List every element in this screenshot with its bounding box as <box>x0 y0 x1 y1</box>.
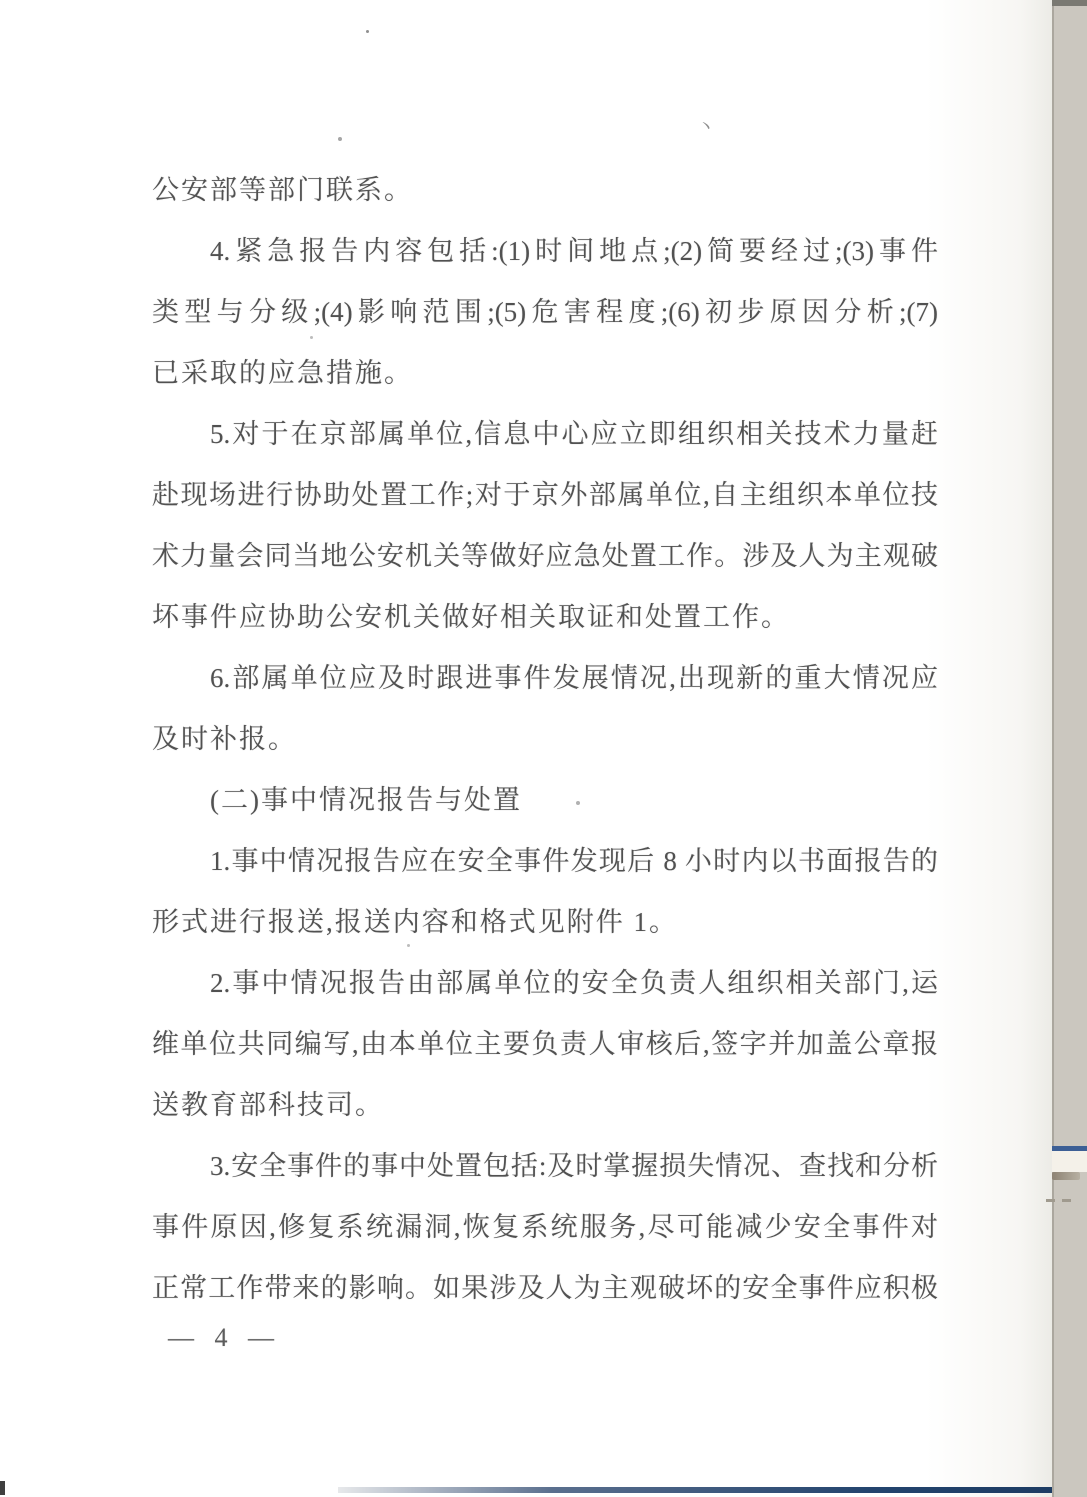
scan-speck <box>576 801 580 805</box>
text-line: 类型与分级;(4)影响范围;(5)危害程度;(6)初步原因分析;(7) <box>152 282 938 343</box>
page-number: — 4 — <box>168 1318 277 1358</box>
text-line: 维单位共同编写,由本单位主要负责人审核后,签字并加盖公章报 <box>152 1014 938 1075</box>
document-body: 公安部等部门联系。 4.紧急报告内容包括:(1)时间地点;(2)简要经过;(3)… <box>152 160 938 1319</box>
text-line: 4.紧急报告内容包括:(1)时间地点;(2)简要经过;(3)事件 <box>152 221 938 282</box>
text-line: 已采取的应急措施。 <box>152 343 938 404</box>
book-edge-strip <box>1052 0 1087 1497</box>
book-edge-light-band <box>1052 1151 1087 1172</box>
text-line: 5.对于在京部属单位,信息中心应立即组织相关技术力量赶 <box>152 404 938 465</box>
scan-speck <box>407 944 410 947</box>
section-heading: (二)事中情况报告与处置 <box>152 770 938 831</box>
text-line: 2.事中情况报告由部属单位的安全负责人组织相关部门,运 <box>152 953 938 1014</box>
scan-speck <box>366 30 369 33</box>
text-line: 送教育部科技司。 <box>152 1075 938 1136</box>
scan-speck <box>310 336 313 339</box>
text-line: 及时补报。 <box>152 709 938 770</box>
stray-pen-mark: 丶 <box>697 118 715 136</box>
text-line: 事件原因,修复系统漏洞,恢复系统服务,尽可能减少安全事件对 <box>152 1197 938 1258</box>
text-line: 赴现场进行协助处置工作;对于京外部属单位,自主组织本单位技 <box>152 465 938 526</box>
text-line: 3.安全事件的事中处置包括:及时掌握损失情况、查找和分析 <box>152 1136 938 1197</box>
text-line: 正常工作带来的影响。如果涉及人为主观破坏的安全事件应积极 <box>152 1258 938 1319</box>
text-line: 术力量会同当地公安机关等做好应急处置工作。涉及人为主观破 <box>152 526 938 587</box>
book-edge-tick <box>1062 1199 1071 1202</box>
text-line: 坏事件应协助公安机关做好相关取证和处置工作。 <box>152 587 938 648</box>
text-line: 1.事中情况报告应在安全事件发现后 8 小时内以书面报告的 <box>152 831 938 892</box>
book-edge-cap <box>1052 0 1087 6</box>
scan-speck <box>338 137 342 141</box>
bottom-scan-line <box>338 1487 1052 1493</box>
text-line: 公安部等部门联系。 <box>152 160 938 221</box>
scan-corner-mark <box>0 1481 5 1495</box>
text-line: 6.部属单位应及时跟进事件发展情况,出现新的重大情况应 <box>152 648 938 709</box>
book-edge-smear <box>1052 1172 1080 1180</box>
text-line: 形式进行报送,报送内容和格式见附件 1。 <box>152 892 938 953</box>
book-edge-tick <box>1046 1199 1055 1202</box>
